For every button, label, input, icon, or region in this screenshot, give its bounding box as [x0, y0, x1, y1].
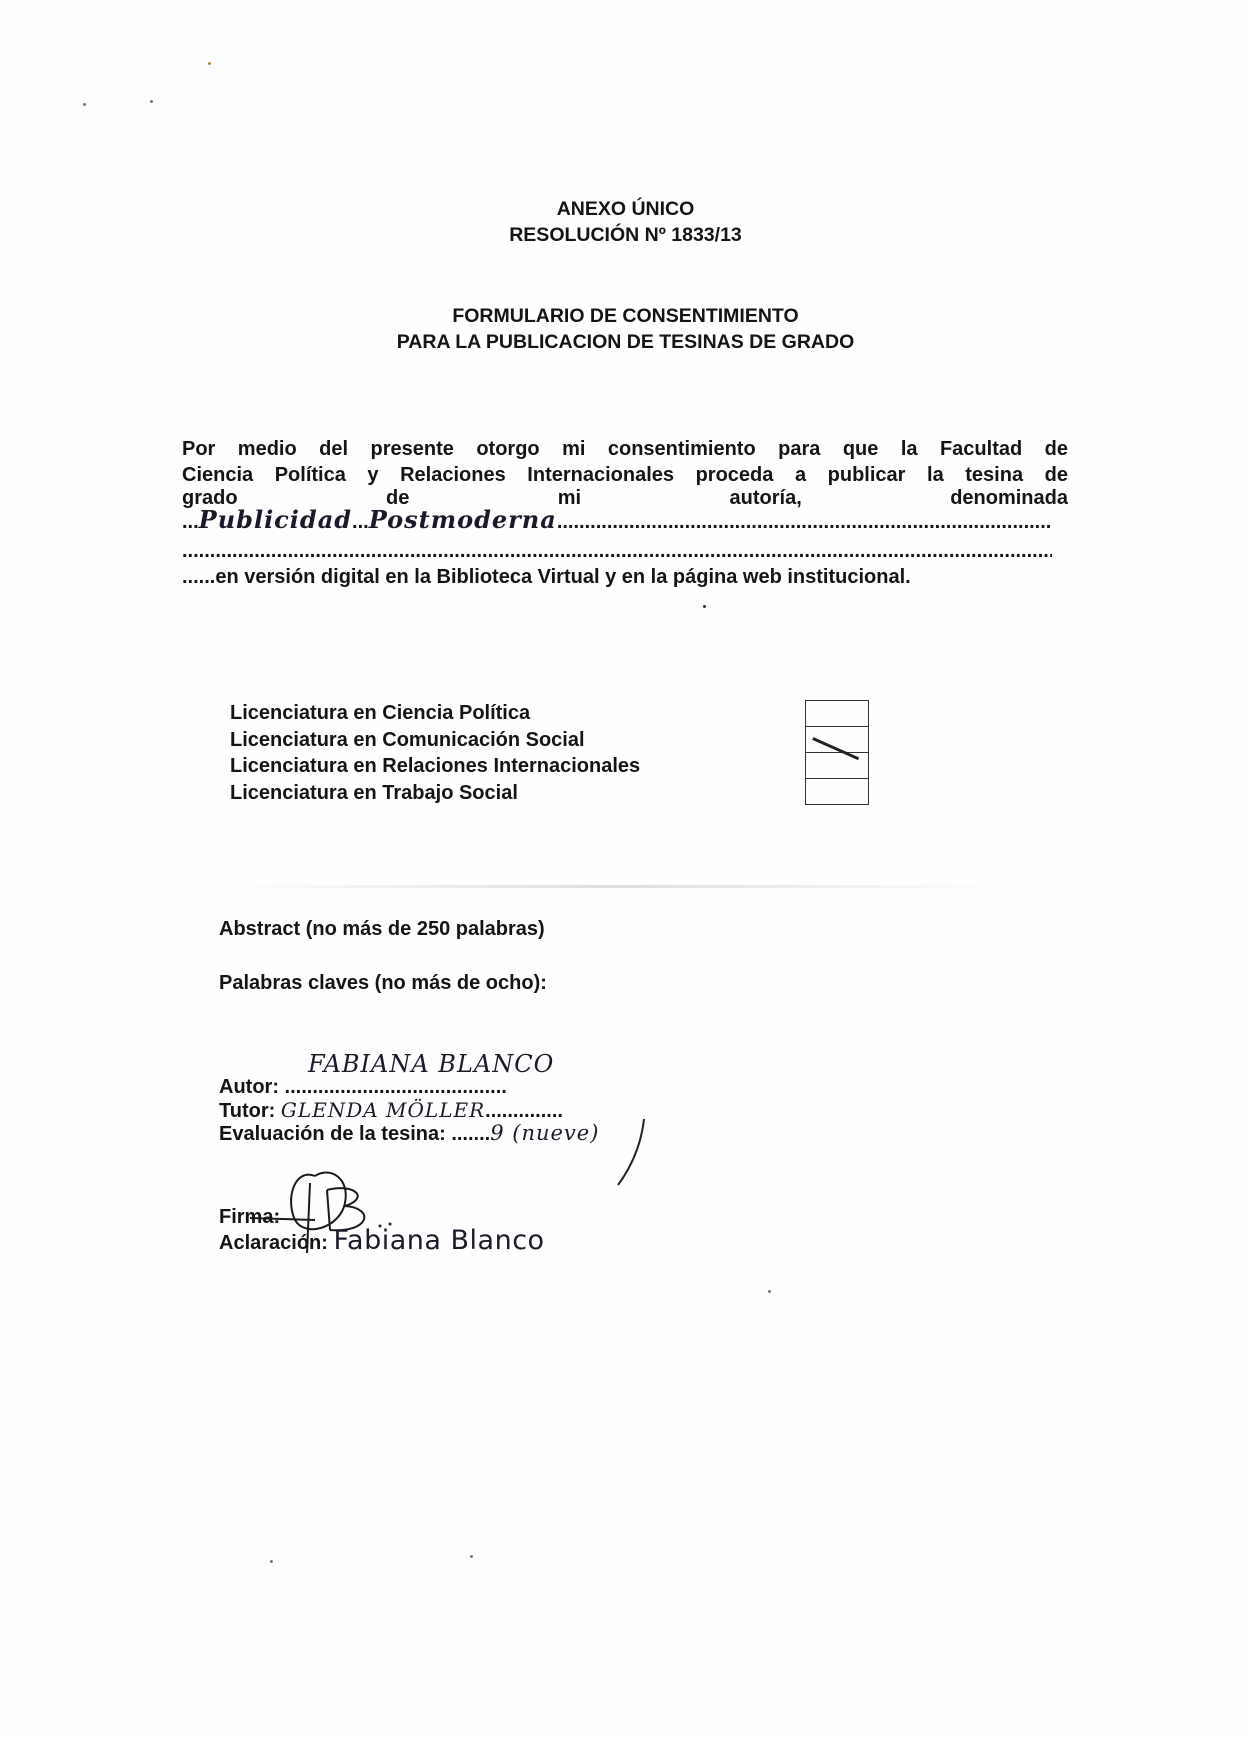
evaluation-handwritten: 9 (nueve): [490, 1121, 599, 1145]
thesis-title-handwritten-1: Publicidad: [199, 508, 352, 534]
consent-paragraph: Por medio del presente otorgo mi consent…: [182, 436, 1068, 590]
checkbox-comunicacion-social[interactable]: [806, 727, 868, 753]
clarification-label: Aclaración:: [219, 1232, 328, 1254]
dots: ........................................: [285, 1076, 507, 1098]
scan-fold-line: [235, 885, 995, 888]
keywords-label: Palabras claves (no más de ocho):: [219, 972, 547, 995]
dots: ..............: [485, 1100, 563, 1122]
dots: ...: [182, 511, 199, 533]
clarification-field[interactable]: Aclaración: Fabiana Blanco: [219, 1229, 545, 1255]
form-title-line2: PARA LA PUBLICACION DE TESINAS DE GRADO: [0, 329, 1251, 355]
degree-option-ciencia-politica: Licenciatura en Ciencia Política: [230, 700, 640, 727]
word: grado: [182, 488, 238, 508]
signature-field[interactable]: Firma:: [219, 1206, 280, 1229]
scan-speck: [83, 103, 86, 106]
annex-title: ANEXO ÚNICO: [0, 196, 1251, 222]
abstract-label: Abstract (no más de 250 palabras): [219, 918, 545, 941]
consent-line-1: Por medio del presente otorgo mi consent…: [182, 436, 1068, 462]
word: de: [386, 488, 409, 508]
tutor-label: Tutor:: [219, 1100, 275, 1122]
handwritten-slash-icon: [610, 1115, 650, 1195]
checkbox-relaciones-internacionales[interactable]: [806, 753, 868, 779]
degree-options: Licenciatura en Ciencia Política Licenci…: [230, 700, 640, 806]
evaluation-field[interactable]: Evaluación de la tesina: .......9 (nueve…: [219, 1122, 599, 1146]
checkbox-ciencia-politica[interactable]: [806, 701, 868, 727]
clarification-handwritten: Fabiana Blanco: [334, 1225, 545, 1256]
thesis-title-field-line2[interactable]: ........................................…: [182, 538, 1052, 564]
degree-checkbox-grid: [805, 700, 869, 805]
evaluation-label: Evaluación de la tesina:: [219, 1123, 446, 1145]
author-handwritten: FABIANA BLANCO: [308, 1050, 554, 1078]
degree-option-comunicacion-social: Licenciatura en Comunicación Social: [230, 727, 640, 754]
dots: .......: [451, 1123, 490, 1145]
author-label: Autor:: [219, 1076, 279, 1098]
scan-speck: [208, 62, 211, 65]
consent-line-2: Ciencia Política y Relaciones Internacio…: [182, 462, 1068, 488]
tutor-handwritten: GLENDA MÖLLER: [281, 1098, 485, 1122]
scan-speck: [150, 100, 153, 103]
word: mi: [558, 488, 581, 508]
consent-line-3: grado de mi autoría, denominada: [182, 488, 1068, 508]
consent-final-line: ......en versión digital en la Bibliotec…: [182, 564, 1068, 590]
degree-option-trabajo-social: Licenciatura en Trabajo Social: [230, 780, 640, 807]
resolution-number: RESOLUCIÓN Nº 1833/13: [0, 222, 1251, 248]
form-title: FORMULARIO DE CONSENTIMIENTO PARA LA PUB…: [0, 303, 1251, 355]
author-field[interactable]: Autor: .................................…: [219, 1076, 507, 1099]
dots: ........................................…: [557, 511, 1052, 533]
document-header: ANEXO ÚNICO RESOLUCIÓN Nº 1833/13: [0, 196, 1251, 248]
thesis-title-field[interactable]: ...Publicidad...Postmoderna.............…: [182, 508, 1052, 534]
word: denominada: [950, 488, 1068, 508]
tutor-field[interactable]: Tutor: GLENDA MÖLLER..............: [219, 1099, 563, 1123]
scan-speck: [470, 1555, 473, 1558]
thesis-title-handwritten-2: Postmoderna: [369, 508, 557, 534]
consent-text: Por medio del presente otorgo mi consent…: [182, 436, 1068, 462]
scan-speck: [270, 1560, 273, 1563]
degree-option-relaciones-internacionales: Licenciatura en Relaciones Internacional…: [230, 753, 640, 780]
word: autoría,: [730, 488, 802, 508]
form-title-line1: FORMULARIO DE CONSENTIMIENTO: [0, 303, 1251, 329]
scan-speck: [703, 605, 706, 608]
dots: ...: [352, 511, 369, 533]
scan-speck: [768, 1290, 771, 1293]
checkbox-trabajo-social[interactable]: [806, 779, 868, 804]
signature-label: Firma:: [219, 1206, 280, 1228]
